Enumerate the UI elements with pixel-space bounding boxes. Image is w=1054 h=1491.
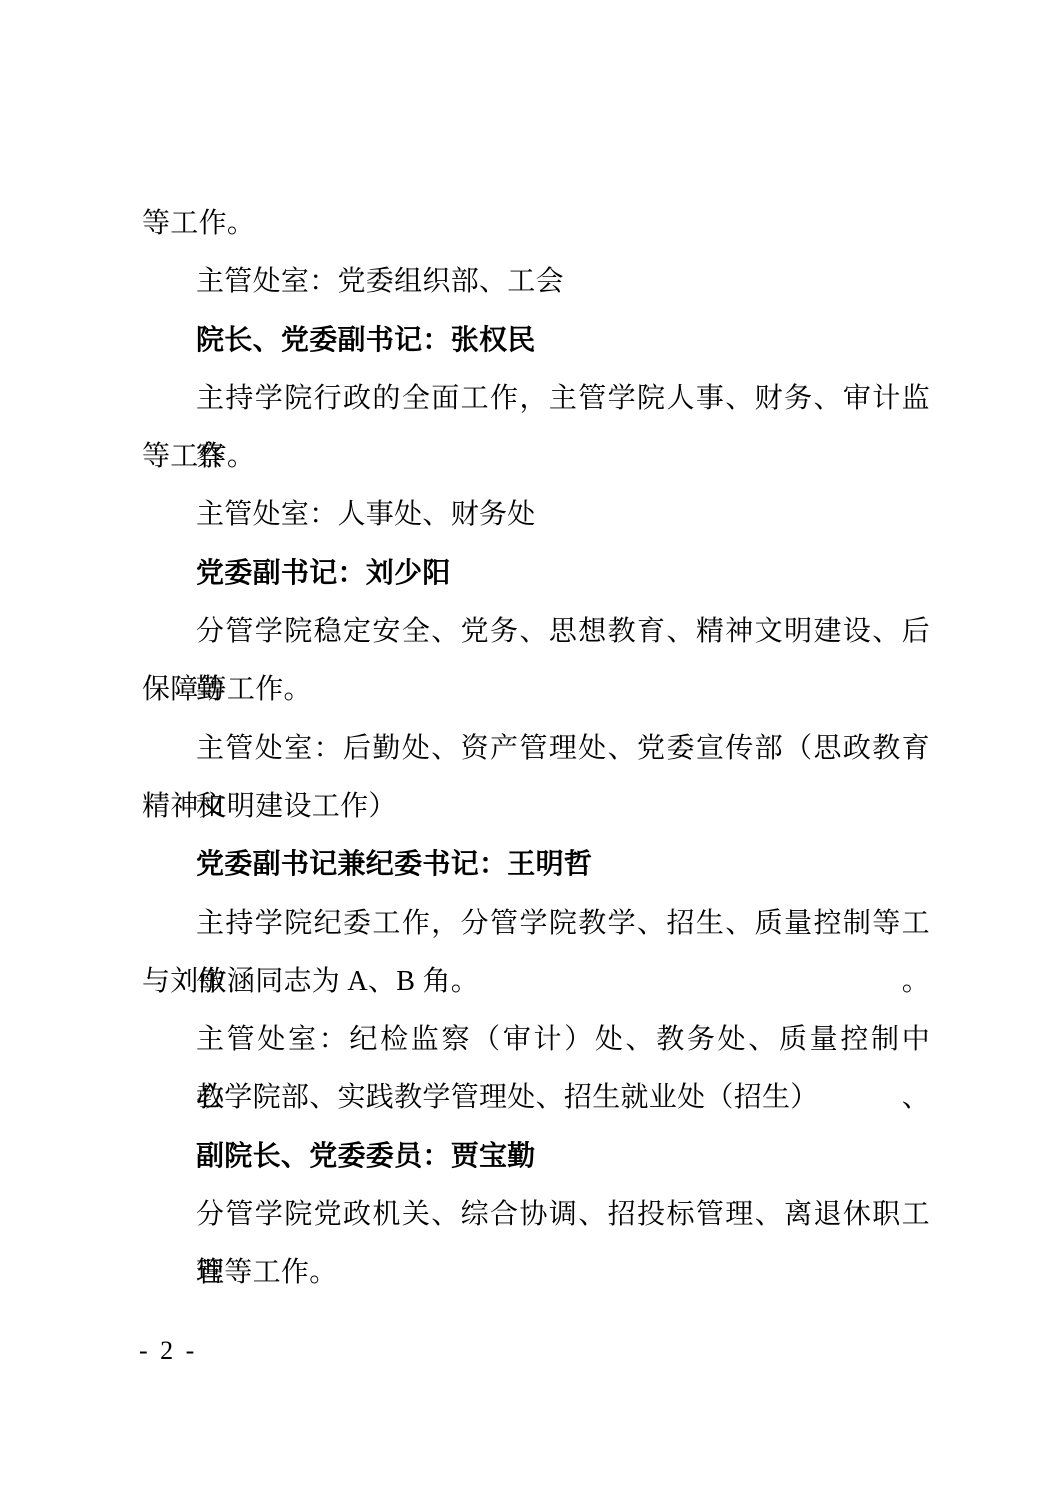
heading-line: 党委副书记兼纪委书记：王明哲: [142, 836, 930, 894]
text-line: 分管学院党政机关、综合协调、招投标管理、离退休职工管: [142, 1186, 930, 1244]
heading-line: 党委副书记：刘少阳: [142, 545, 930, 603]
page-number: - 2 -: [139, 1336, 197, 1366]
text-line: 保障等工作。: [142, 661, 930, 719]
text-line: 理等工作。: [142, 1244, 930, 1302]
text-line: 等工作。: [142, 195, 930, 253]
document-body: 等工作。主管处室：党委组织部、工会院长、党委副书记：张权民主持学院行政的全面工作…: [142, 195, 930, 1303]
text-line: 主管处室：后勤处、资产管理处、党委宣传部（思政教育和: [142, 720, 930, 778]
text-line: 分管学院稳定安全、党务、思想教育、精神文明建设、后勤: [142, 603, 930, 661]
text-line: 主持学院纪委工作，分管学院教学、招生、质量控制等工作。: [142, 895, 930, 953]
text-line: 等工作。: [142, 428, 930, 486]
text-line: 主持学院行政的全面工作，主管学院人事、财务、审计监察: [142, 370, 930, 428]
text-line: 精神文明建设工作）: [142, 778, 930, 836]
text-line: 主管处室：党委组织部、工会: [142, 253, 930, 311]
heading-line: 副院长、党委委员：贾宝勤: [142, 1128, 930, 1186]
text-line: 教学院部、实践教学管理处、招生就业处（招生）: [142, 1069, 930, 1127]
text-line: 主管处室：人事处、财务处: [142, 486, 930, 544]
text-line: 主管处室：纪检监察（审计）处、教务处、质量控制中心、: [142, 1011, 930, 1069]
document-page: 等工作。主管处室：党委组织部、工会院长、党委副书记：张权民主持学院行政的全面工作…: [0, 0, 1054, 1491]
heading-line: 院长、党委副书记：张权民: [142, 312, 930, 370]
